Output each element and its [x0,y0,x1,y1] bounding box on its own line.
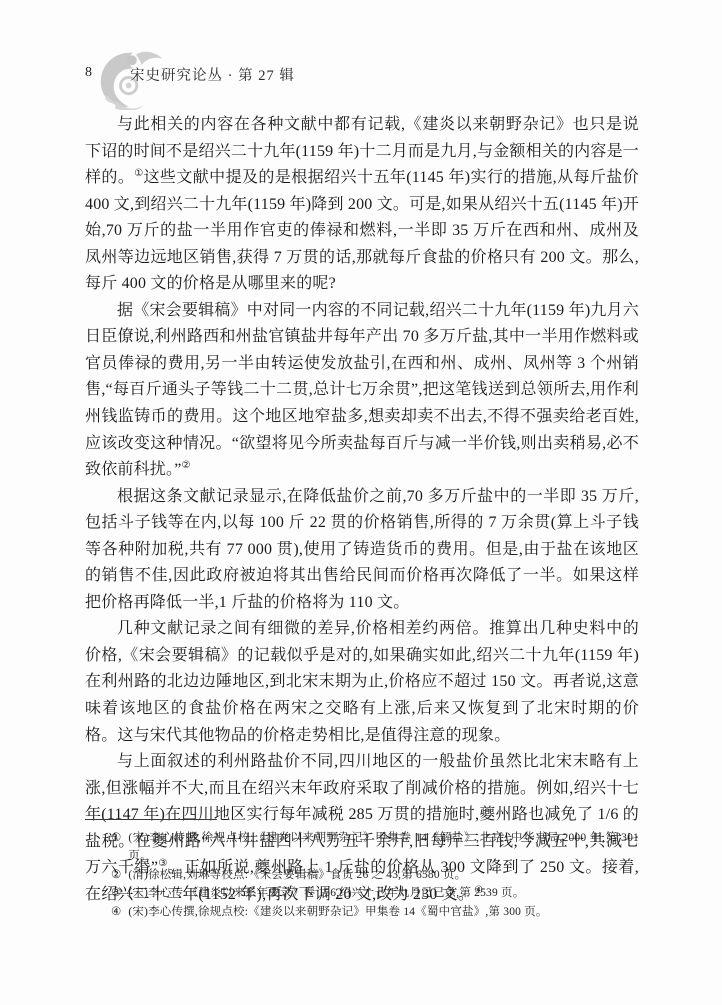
footnote: ④ (宋)李心传撰,徐规点校:《建炎以来朝野杂记》甲集卷 14《蜀中官盐》,第 … [85,903,639,921]
body-paragraph: 与此相关的内容在各种文献中都有记载,《建炎以来朝野杂记》也只是说下诏的时间不是绍… [85,112,639,298]
book-page: 8 宋史研究论丛 · 第 27 辑 与此相关的内容在各种文献中都有记载,《建炎以… [0,0,722,1005]
footnote-marker: ④ [111,903,121,921]
footnote: ② (清)徐松辑,刘琳等校点:《宋会要辑稿》食货 26 之 43,第 6580 … [85,866,639,884]
footnote-marker: ③ [111,884,121,902]
footnote-text: (清)徐松辑,刘琳等校点:《宋会要辑稿》食货 26 之 43,第 6580 页。 [128,866,639,884]
footnotes: ① (宋)李心传撰,徐规点校:《建炎以来朝野杂记》甲集卷 14《解盐》,北京: … [85,819,639,921]
footnote-marker: ① [111,829,121,866]
footnote-marker: ② [111,866,121,884]
page-number: 8 [85,65,92,81]
footnote-text: (宋)李心传撰,徐规点校:《建炎以来朝野杂记》甲集卷 14《蜀中官盐》,第 30… [128,903,639,921]
page-header: 8 宋史研究论丛 · 第 27 辑 [85,48,425,112]
footnote-text: (宋)李心传:《建炎以来系年要录》卷 156,绍兴十七年九月己巳条,第 2539… [128,884,639,902]
footnote-separator [85,819,217,820]
footnote: ③ (宋)李心传:《建炎以来系年要录》卷 156,绍兴十七年九月己巳条,第 25… [85,884,639,902]
body-paragraph: 根据这条文献记录显示,在降低盐价之前,70 多万斤盐中的一半即 35 万斤,包括… [85,484,639,617]
body-paragraph: 几种文献记录之间有细微的差异,价格相差约两倍。推算出几种史料中的价格,《宋会要辑… [85,616,639,749]
body-paragraph: 据《宋会要辑稿》中对同一内容的不同记载,绍兴二十九年(1159 年)九月六日臣僚… [85,298,639,484]
footnote-text: (宋)李心传撰,徐规点校:《建炎以来朝野杂记》甲集卷 14《解盐》,北京: 中华… [128,829,639,866]
footnote: ① (宋)李心传撰,徐规点校:《建炎以来朝野杂记》甲集卷 14《解盐》,北京: … [85,829,639,866]
body-text: 与此相关的内容在各种文献中都有记载,《建炎以来朝野杂记》也只是说下诏的时间不是绍… [85,112,639,908]
series-title: 宋史研究论丛 · 第 27 辑 [130,64,295,85]
